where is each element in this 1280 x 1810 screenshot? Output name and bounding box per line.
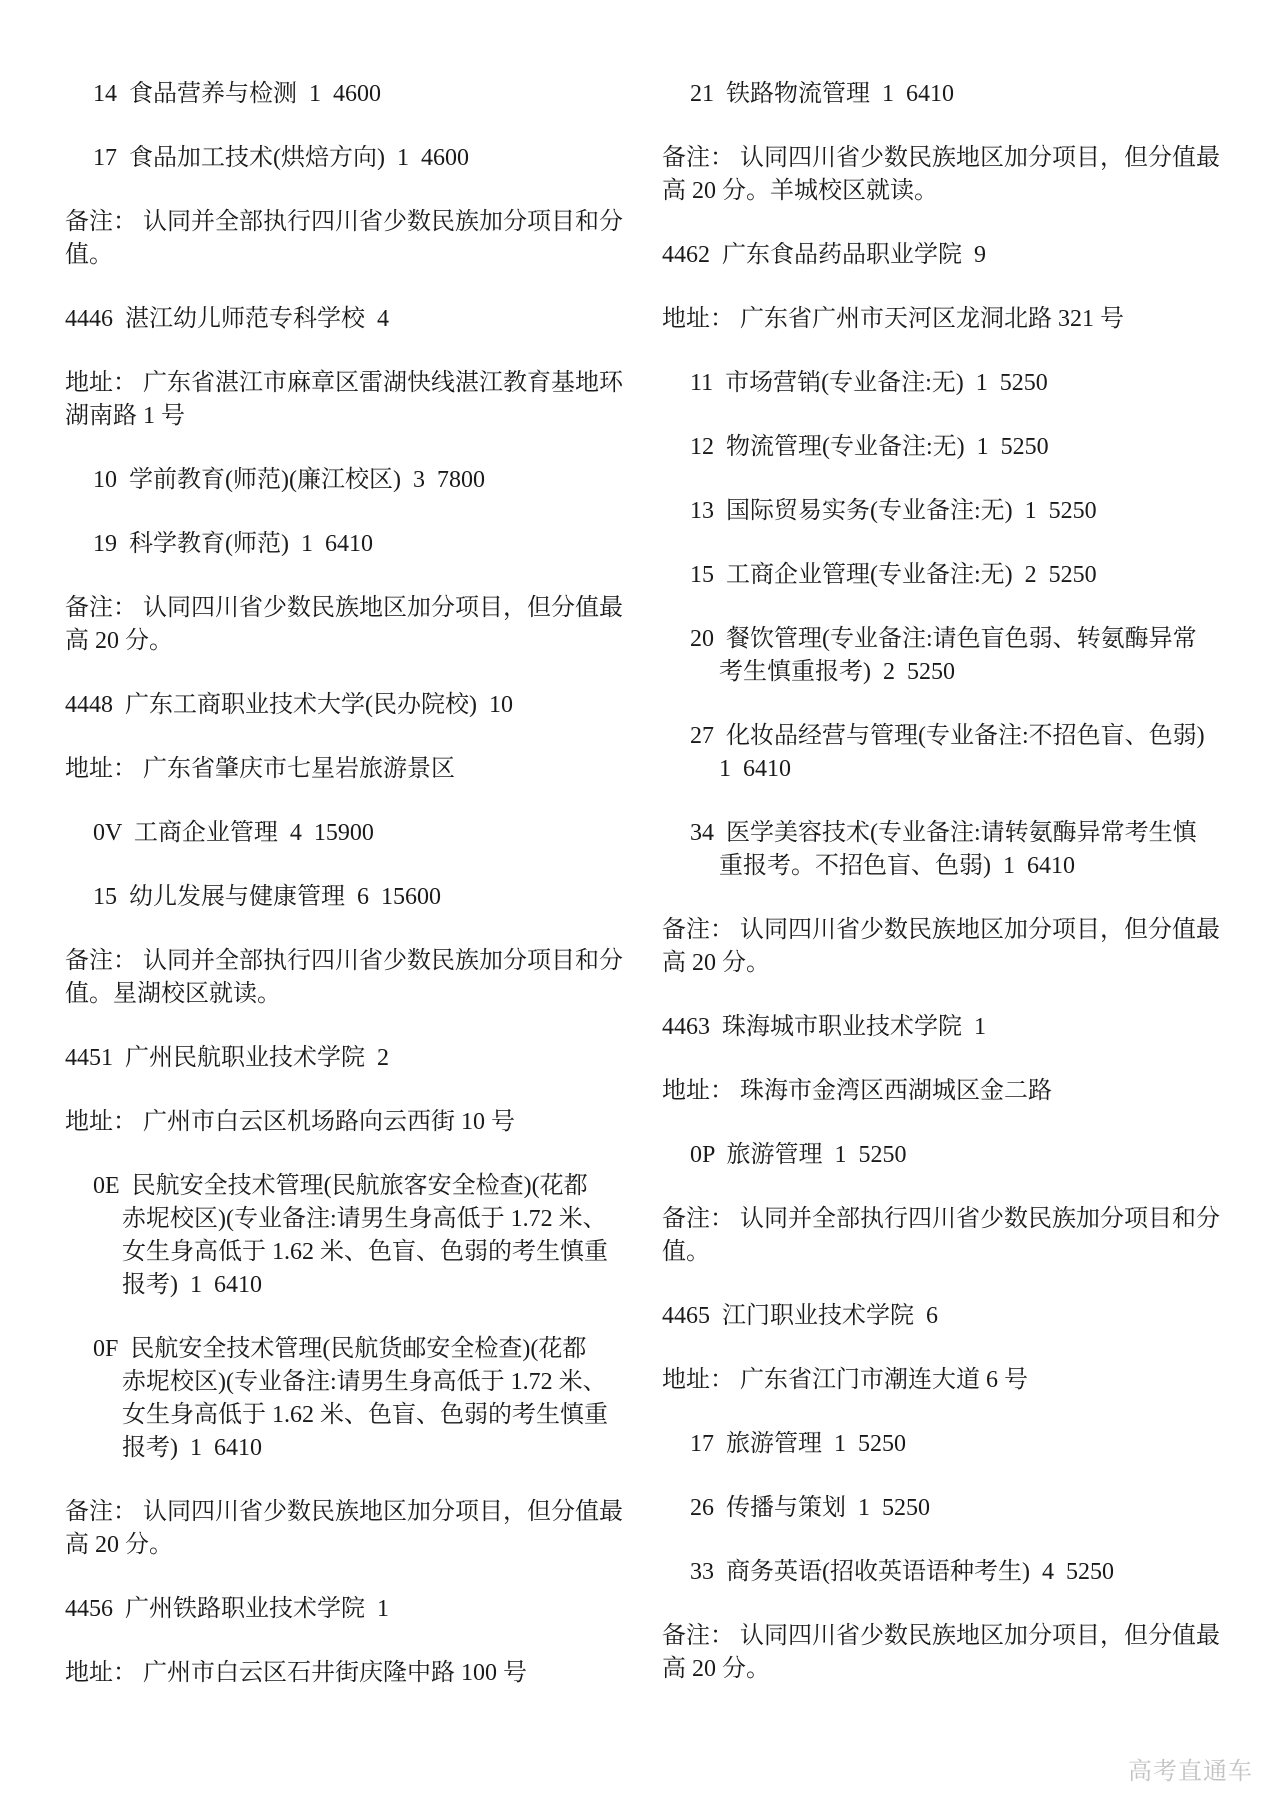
- school-note: 备注： 认同四川省少数民族地区加分项目，但分值最 高 20 分。: [65, 1496, 655, 1562]
- column-left: 14 食品营养与检测 1 460017 食品加工技术(烘焙方向) 1 4600备…: [65, 78, 655, 1721]
- school-note: 备注： 认同四川省少数民族地区加分项目，但分值最 高 20 分。: [65, 592, 655, 658]
- major-item: 34 医学美容技术(专业备注:请转氨酶异常考生慎 重报考。不招色盲、色弱) 1 …: [662, 817, 1252, 883]
- major-item: 0E 民航安全技术管理(民航旅客安全检查)(花都 赤坭校区)(专业备注:请男生身…: [65, 1170, 655, 1302]
- major-item: 15 工商企业管理(专业备注:无) 2 5250: [662, 559, 1252, 592]
- school-note: 备注： 认同四川省少数民族地区加分项目，但分值最 高 20 分。羊城校区就读。: [662, 142, 1252, 208]
- school-entry: 4448 广东工商职业技术大学(民办院校) 10: [65, 689, 655, 722]
- school-note: 备注： 认同四川省少数民族地区加分项目，但分值最 高 20 分。: [662, 1620, 1252, 1686]
- major-item: 0F 民航安全技术管理(民航货邮安全检查)(花都 赤坭校区)(专业备注:请男生身…: [65, 1333, 655, 1465]
- school-note: 备注： 认同并全部执行四川省少数民族加分项目和分 值。: [662, 1203, 1252, 1269]
- watermark: 高考直通车: [1128, 1751, 1253, 1786]
- major-item: 0V 工商企业管理 4 15900: [65, 817, 655, 850]
- major-item: 14 食品营养与检测 1 4600: [65, 78, 655, 111]
- school-entry: 4446 湛江幼儿师范专科学校 4: [65, 303, 655, 336]
- school-address: 地址： 珠海市金湾区西湖城区金二路: [662, 1075, 1252, 1108]
- major-item: 15 幼儿发展与健康管理 6 15600: [65, 881, 655, 914]
- school-address: 地址： 广州市白云区石井街庆隆中路 100 号: [65, 1657, 655, 1690]
- major-item: 26 传播与策划 1 5250: [662, 1492, 1252, 1525]
- school-note: 备注： 认同并全部执行四川省少数民族加分项目和分 值。星湖校区就读。: [65, 945, 655, 1011]
- school-address: 地址： 广东省广州市天河区龙洞北路 321 号: [662, 303, 1252, 336]
- major-item: 11 市场营销(专业备注:无) 1 5250: [662, 367, 1252, 400]
- school-address: 地址： 广州市白云区机场路向云西街 10 号: [65, 1106, 655, 1139]
- school-note: 备注： 认同四川省少数民族地区加分项目，但分值最 高 20 分。: [662, 914, 1252, 980]
- major-item: 12 物流管理(专业备注:无) 1 5250: [662, 431, 1252, 464]
- school-entry: 4456 广州铁路职业技术学院 1: [65, 1593, 655, 1626]
- major-item: 17 食品加工技术(烘焙方向) 1 4600: [65, 142, 655, 175]
- school-entry: 4463 珠海城市职业技术学院 1: [662, 1011, 1252, 1044]
- school-entry: 4462 广东食品药品职业学院 9: [662, 239, 1252, 272]
- school-address: 地址： 广东省江门市潮连大道 6 号: [662, 1364, 1252, 1397]
- major-item: 33 商务英语(招收英语语种考生) 4 5250: [662, 1556, 1252, 1589]
- major-item: 21 铁路物流管理 1 6410: [662, 78, 1252, 111]
- school-entry: 4465 江门职业技术学院 6: [662, 1300, 1252, 1333]
- major-item: 27 化妆品经营与管理(专业备注:不招色盲、色弱) 1 6410: [662, 720, 1252, 786]
- major-item: 19 科学教育(师范) 1 6410: [65, 528, 655, 561]
- major-item: 17 旅游管理 1 5250: [662, 1428, 1252, 1461]
- column-right: 21 铁路物流管理 1 6410备注： 认同四川省少数民族地区加分项目，但分值最…: [662, 78, 1252, 1717]
- school-note: 备注： 认同并全部执行四川省少数民族加分项目和分 值。: [65, 206, 655, 272]
- school-address: 地址： 广东省湛江市麻章区雷湖快线湛江教育基地环 湖南路 1 号: [65, 367, 655, 433]
- school-address: 地址： 广东省肇庆市七星岩旅游景区: [65, 753, 655, 786]
- major-item: 20 餐饮管理(专业备注:请色盲色弱、转氨酶异常 考生慎重报考) 2 5250: [662, 623, 1252, 689]
- document-page: 14 食品营养与检测 1 460017 食品加工技术(烘焙方向) 1 4600备…: [0, 0, 1280, 1810]
- school-entry: 4451 广州民航职业技术学院 2: [65, 1042, 655, 1075]
- major-item: 0P 旅游管理 1 5250: [662, 1139, 1252, 1172]
- major-item: 10 学前教育(师范)(廉江校区) 3 7800: [65, 464, 655, 497]
- major-item: 13 国际贸易实务(专业备注:无) 1 5250: [662, 495, 1252, 528]
